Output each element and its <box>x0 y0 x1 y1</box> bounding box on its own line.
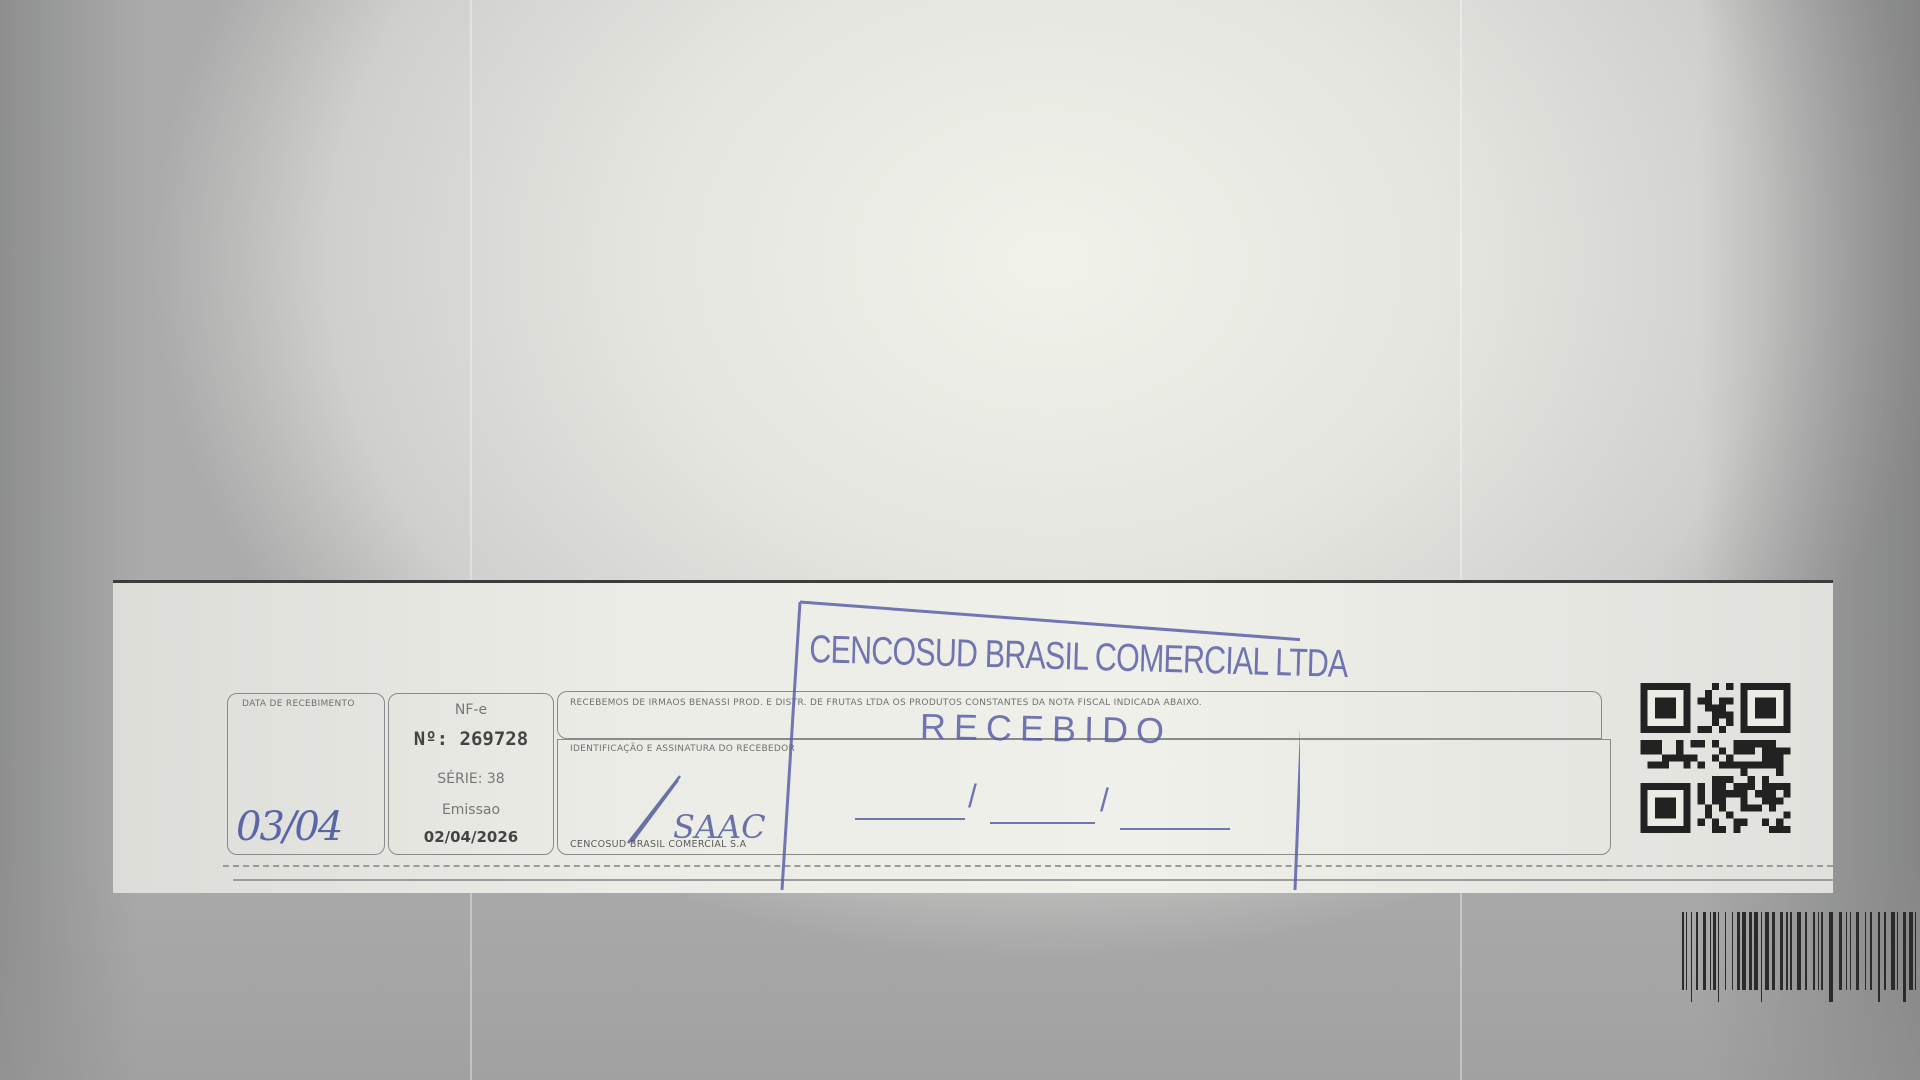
qr-code-icon <box>1633 683 1798 833</box>
nfe-label: NF-e <box>389 702 553 718</box>
recipient-company: CENCOSUD BRASIL COMERCIAL S.A <box>570 839 746 850</box>
paper-fold <box>470 0 472 1080</box>
signature-box: IDENTIFICAÇÃO E ASSINATURA DO RECEBEDOR … <box>557 739 1611 855</box>
lower-border <box>233 879 1833 881</box>
receipt-declaration: RECEBEMOS DE IRMAOS BENASSI PROD. E DIST… <box>570 698 1202 708</box>
paper-fold <box>1460 0 1462 1080</box>
nfe-emission-date: 02/04/2026 <box>389 828 553 846</box>
signature-label: IDENTIFICAÇÃO E ASSINATURA DO RECEBEDOR <box>570 744 795 754</box>
handwritten-date: 03/04 <box>236 804 341 850</box>
signature-mark: SAAC <box>618 768 768 848</box>
nfe-info-box: NF-e Nº: 269728 SÉRIE: 38 Emissao 02/04/… <box>388 693 554 855</box>
nfe-emission-label: Emissao <box>389 802 553 818</box>
receipt-date-box: DATA DE RECEBIMENTO 03/04 <box>227 693 385 855</box>
cut-line <box>223 865 1833 867</box>
shadow-bottom <box>0 860 1920 1080</box>
receipt-date-label: DATA DE RECEBIMENTO <box>242 699 355 709</box>
nfe-serie: SÉRIE: 38 <box>389 771 553 787</box>
nfe-number: Nº: 269728 <box>389 728 553 750</box>
receipt-stub: DATA DE RECEBIMENTO 03/04 NF-e Nº: 26972… <box>113 580 1833 893</box>
receipt-declaration-box: RECEBEMOS DE IRMAOS BENASSI PROD. E DIST… <box>557 691 1602 739</box>
barcode-icon <box>1678 912 1920 1002</box>
